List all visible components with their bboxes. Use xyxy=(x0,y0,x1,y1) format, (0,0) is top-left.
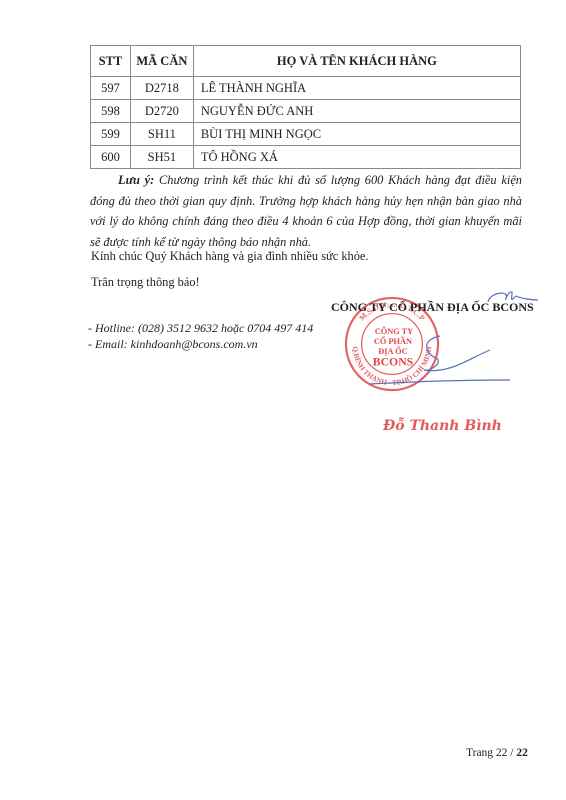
cell-code: D2720 xyxy=(130,100,193,123)
cell-stt: 599 xyxy=(91,123,131,146)
page-number-total: 22 xyxy=(516,747,528,759)
cell-stt: 597 xyxy=(91,77,131,100)
greeting-text: Kính chúc Quý Khách hàng và gia đình nhi… xyxy=(91,249,369,264)
table-header-row: STT MÃ CĂN HỌ VÀ TÊN KHÁCH HÀNG xyxy=(91,46,521,77)
signature-icon xyxy=(340,288,540,398)
cell-code: D2718 xyxy=(130,77,193,100)
header-stt: STT xyxy=(91,46,131,77)
cell-name: NGUYỄN ĐỨC ANH xyxy=(193,100,520,123)
cell-name: TÔ HỒNG XÁ xyxy=(193,146,520,169)
table-row: 599 SH11 BÙI THỊ MINH NGỌC xyxy=(91,123,521,146)
note-paragraph: Lưu ý: Chương trình kết thúc khi đủ số l… xyxy=(90,170,522,252)
table-row: 598 D2720 NGUYỄN ĐỨC ANH xyxy=(91,100,521,123)
regards-text: Trân trọng thông báo! xyxy=(91,275,200,290)
note-text: Chương trình kết thúc khi đủ số lượng 60… xyxy=(90,173,522,249)
customer-table: STT MÃ CĂN HỌ VÀ TÊN KHÁCH HÀNG 597 D271… xyxy=(90,45,521,169)
email-text: - Email: kinhdoanh@bcons.com.vn xyxy=(88,337,258,352)
header-code: MÃ CĂN xyxy=(130,46,193,77)
cell-name: LÊ THÀNH NGHĨA xyxy=(193,77,520,100)
document-page: STT MÃ CĂN HỌ VÀ TÊN KHÁCH HÀNG 597 D271… xyxy=(0,0,566,800)
cell-code: SH11 xyxy=(130,123,193,146)
cell-stt: 598 xyxy=(91,100,131,123)
note-label: Lưu ý: xyxy=(118,173,154,187)
cell-code: SH51 xyxy=(130,146,193,169)
page-number-prefix: Trang 22 / xyxy=(466,747,516,759)
header-name: HỌ VÀ TÊN KHÁCH HÀNG xyxy=(193,46,520,77)
page-number: Trang 22 / 22 xyxy=(466,747,528,759)
signer-name: Đỗ Thanh Bình xyxy=(383,418,502,434)
cell-name: BÙI THỊ MINH NGỌC xyxy=(193,123,520,146)
table-row: 600 SH51 TÔ HỒNG XÁ xyxy=(91,146,521,169)
cell-stt: 600 xyxy=(91,146,131,169)
table-row: 597 D2718 LÊ THÀNH NGHĨA xyxy=(91,77,521,100)
hotline-text: - Hotline: (028) 3512 9632 hoặc 0704 497… xyxy=(88,321,313,336)
